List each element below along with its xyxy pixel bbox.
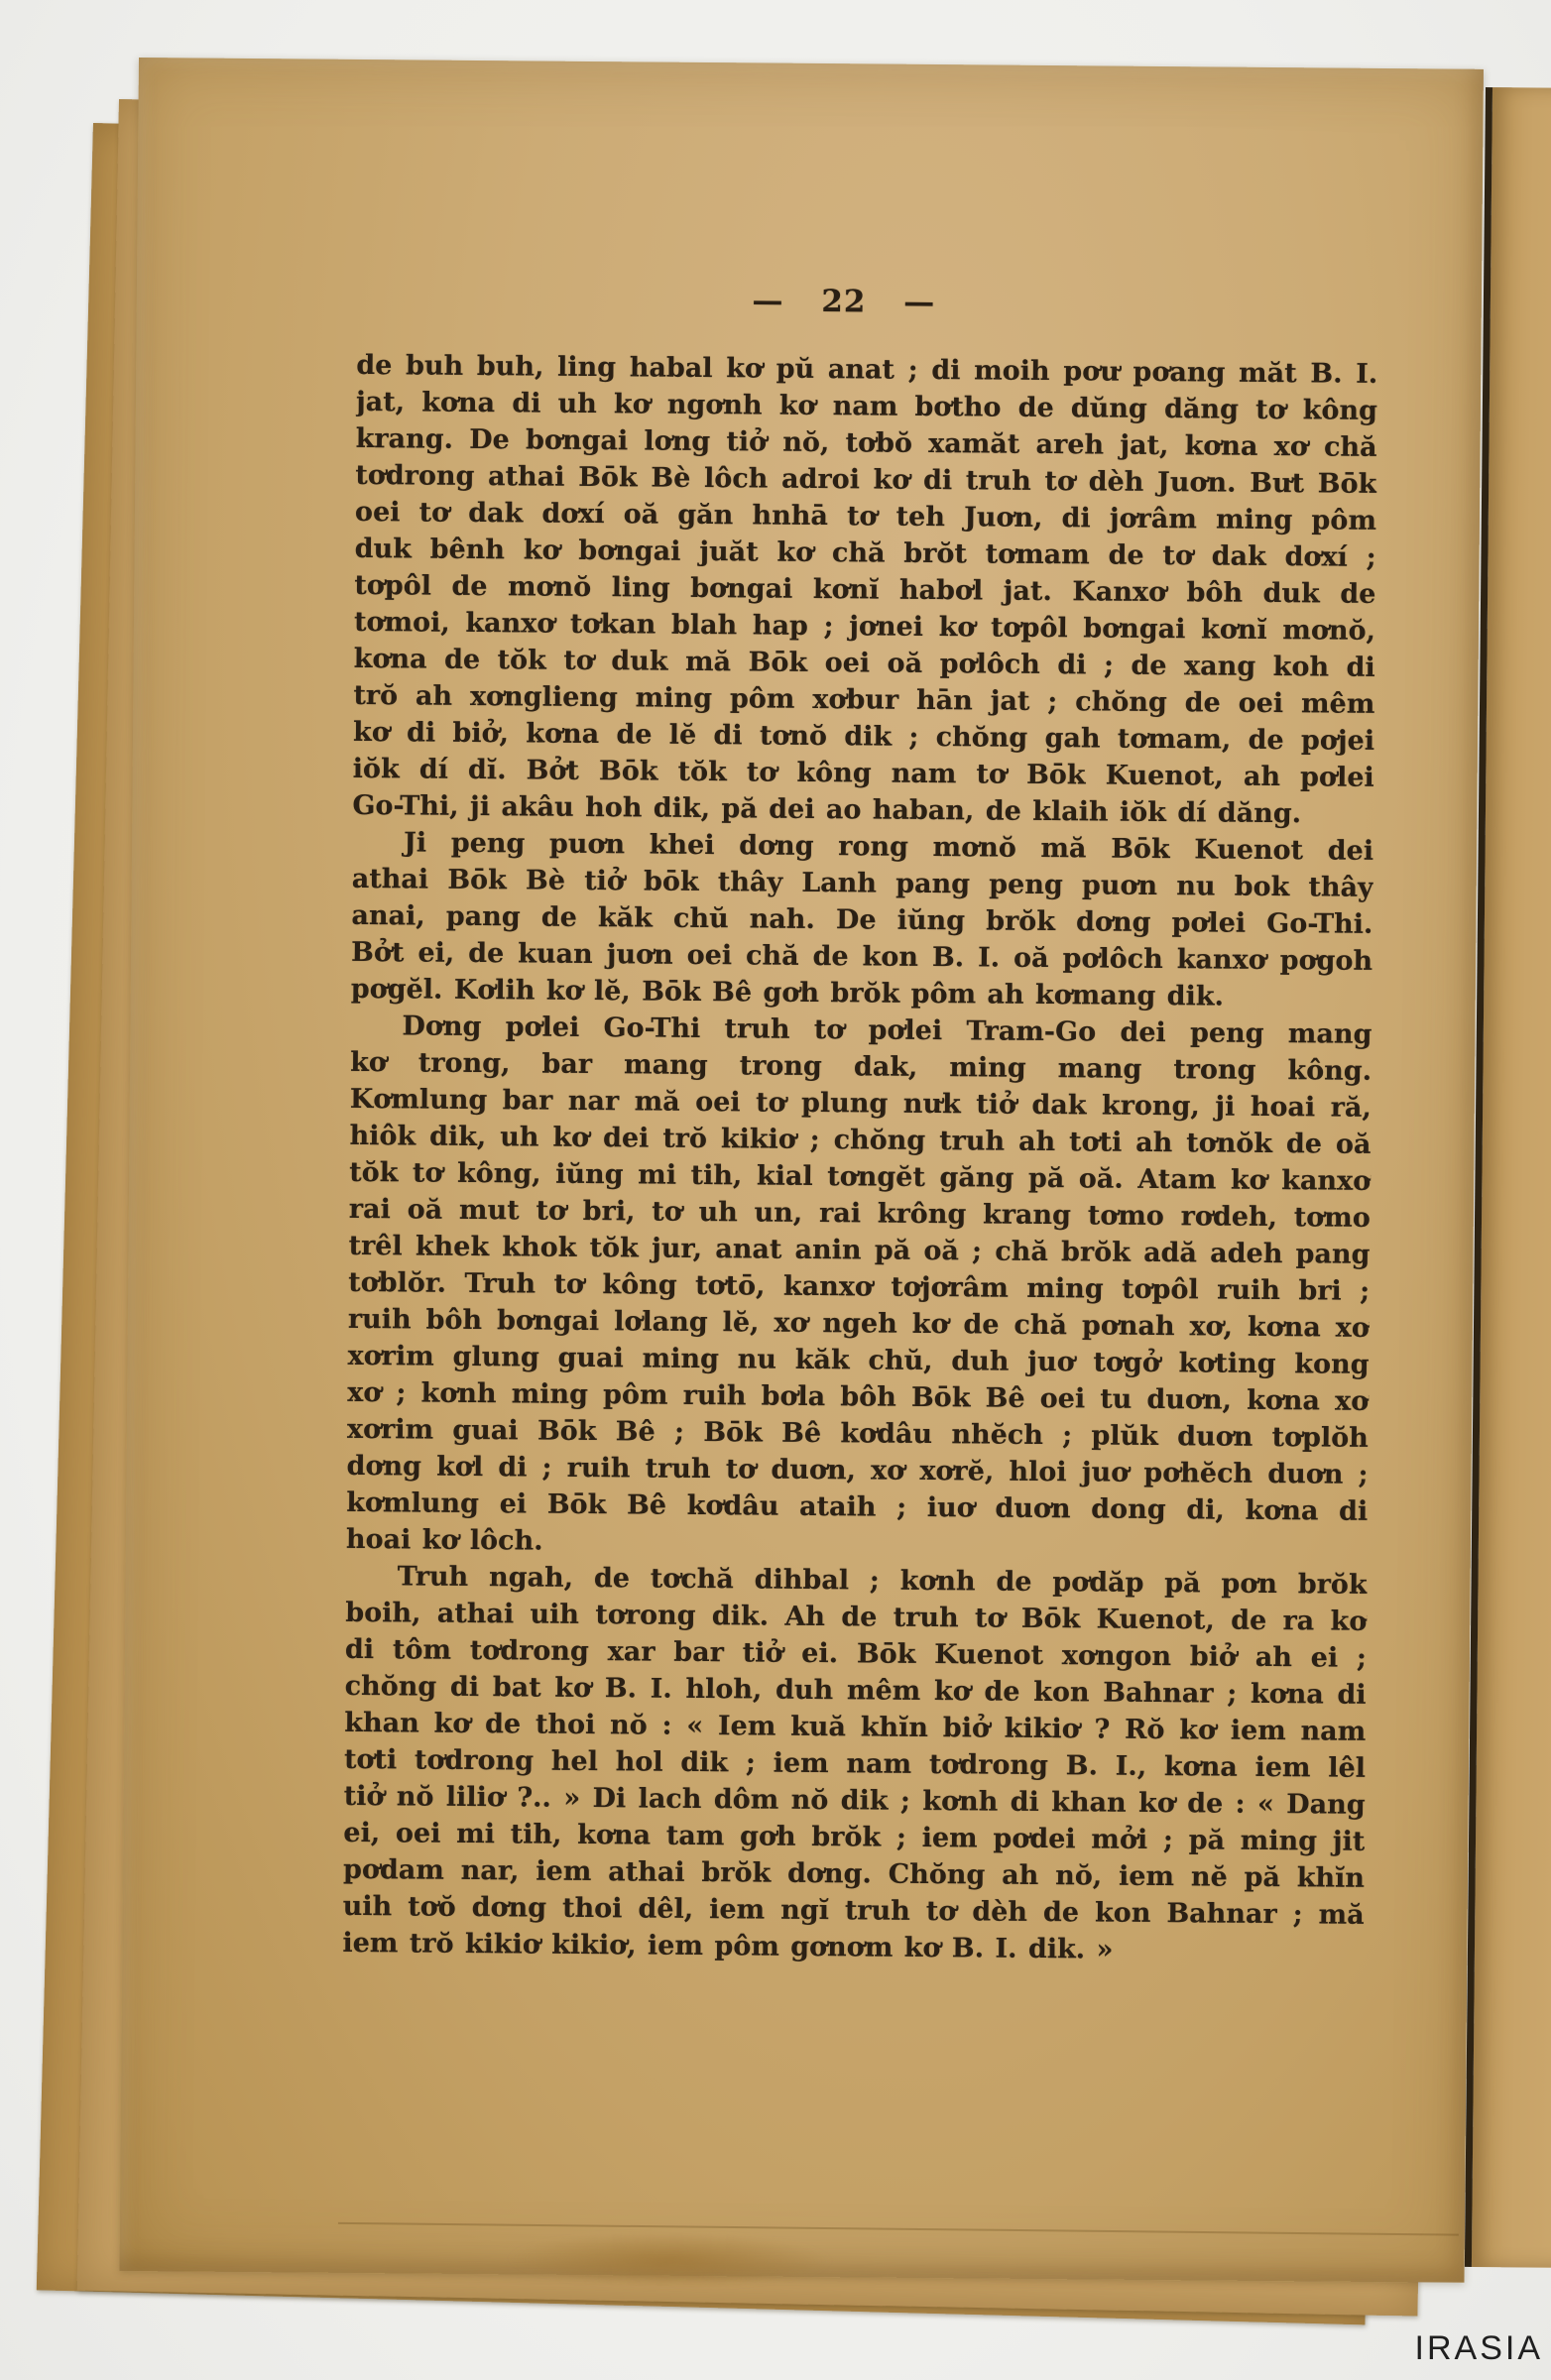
page-number: — 22 —: [333, 280, 1355, 324]
page-crease: [338, 2222, 1459, 2236]
book-page: — 22 — de buh buh, ling habal kơ pŭ anat…: [120, 58, 1484, 2283]
text-block: de buh buh, ling habal kơ pŭ anat ; di m…: [342, 347, 1377, 1970]
watermark-label: IRASIA: [1415, 2329, 1543, 2368]
